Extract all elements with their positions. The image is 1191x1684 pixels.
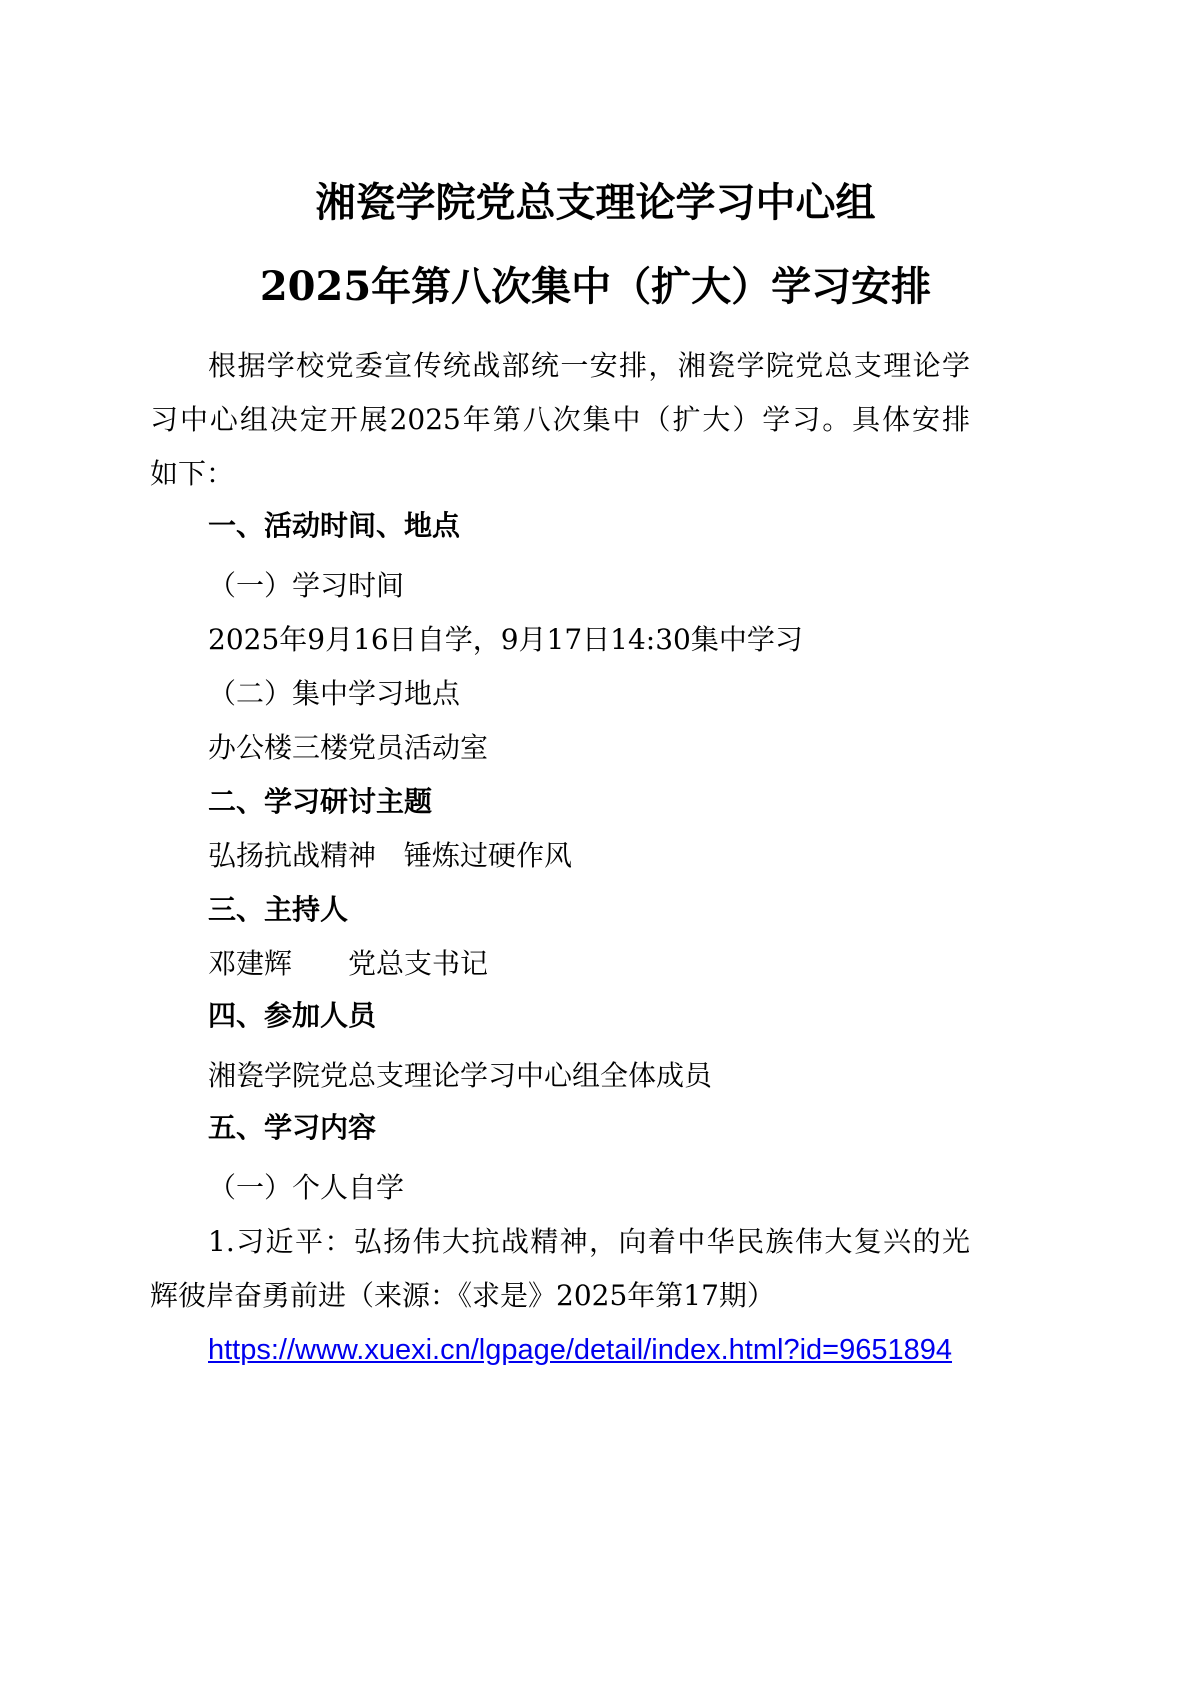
section-4-heading: 四、参加人员	[208, 996, 376, 1036]
intro-line-2: 习中心组决定开展2025年第八次集中（扩大）学习。具体安排	[150, 400, 970, 440]
document-title-line1: 湘瓷学院党总支理论学习中心组	[0, 178, 1191, 228]
study-location-text: 办公楼三楼党员活动室	[208, 728, 488, 768]
study-time-text: 2025年9月16日自学，9月17日14:30集中学习	[208, 620, 803, 660]
content-item-1-link[interactable]: https://www.xuexi.cn/lgpage/detail/index…	[208, 1330, 952, 1370]
intro-line-1: 根据学校党委宣传统战部统一安排，湘瓷学院党总支理论学	[208, 346, 970, 386]
section-1-heading: 一、活动时间、地点	[208, 506, 460, 546]
host-text: 邓建辉 党总支书记	[208, 944, 488, 984]
section-1-sub1-heading: （一）学习时间	[208, 566, 404, 606]
section-5-heading: 五、学习内容	[208, 1108, 376, 1148]
section-5-sub1-heading: （一）个人自学	[208, 1168, 404, 1208]
section-3-heading: 三、主持人	[208, 890, 348, 930]
intro-line-3: 如下：	[150, 454, 234, 494]
participants-text: 湘瓷学院党总支理论学习中心组全体成员	[208, 1056, 712, 1096]
content-item-1-line-2: 辉彼岸奋勇前进（来源：《求是》2025年第17期）	[150, 1276, 775, 1316]
content-item-1-line-1: 1.习近平：弘扬伟大抗战精神，向着中华民族伟大复兴的光	[208, 1222, 970, 1262]
section-1-sub2-heading: （二）集中学习地点	[208, 674, 460, 714]
document-title-line2: 2025年第八次集中（扩大）学习安排	[0, 262, 1191, 312]
study-theme-text: 弘扬抗战精神 锤炼过硬作风	[208, 836, 572, 876]
section-2-heading: 二、学习研讨主题	[208, 782, 432, 822]
